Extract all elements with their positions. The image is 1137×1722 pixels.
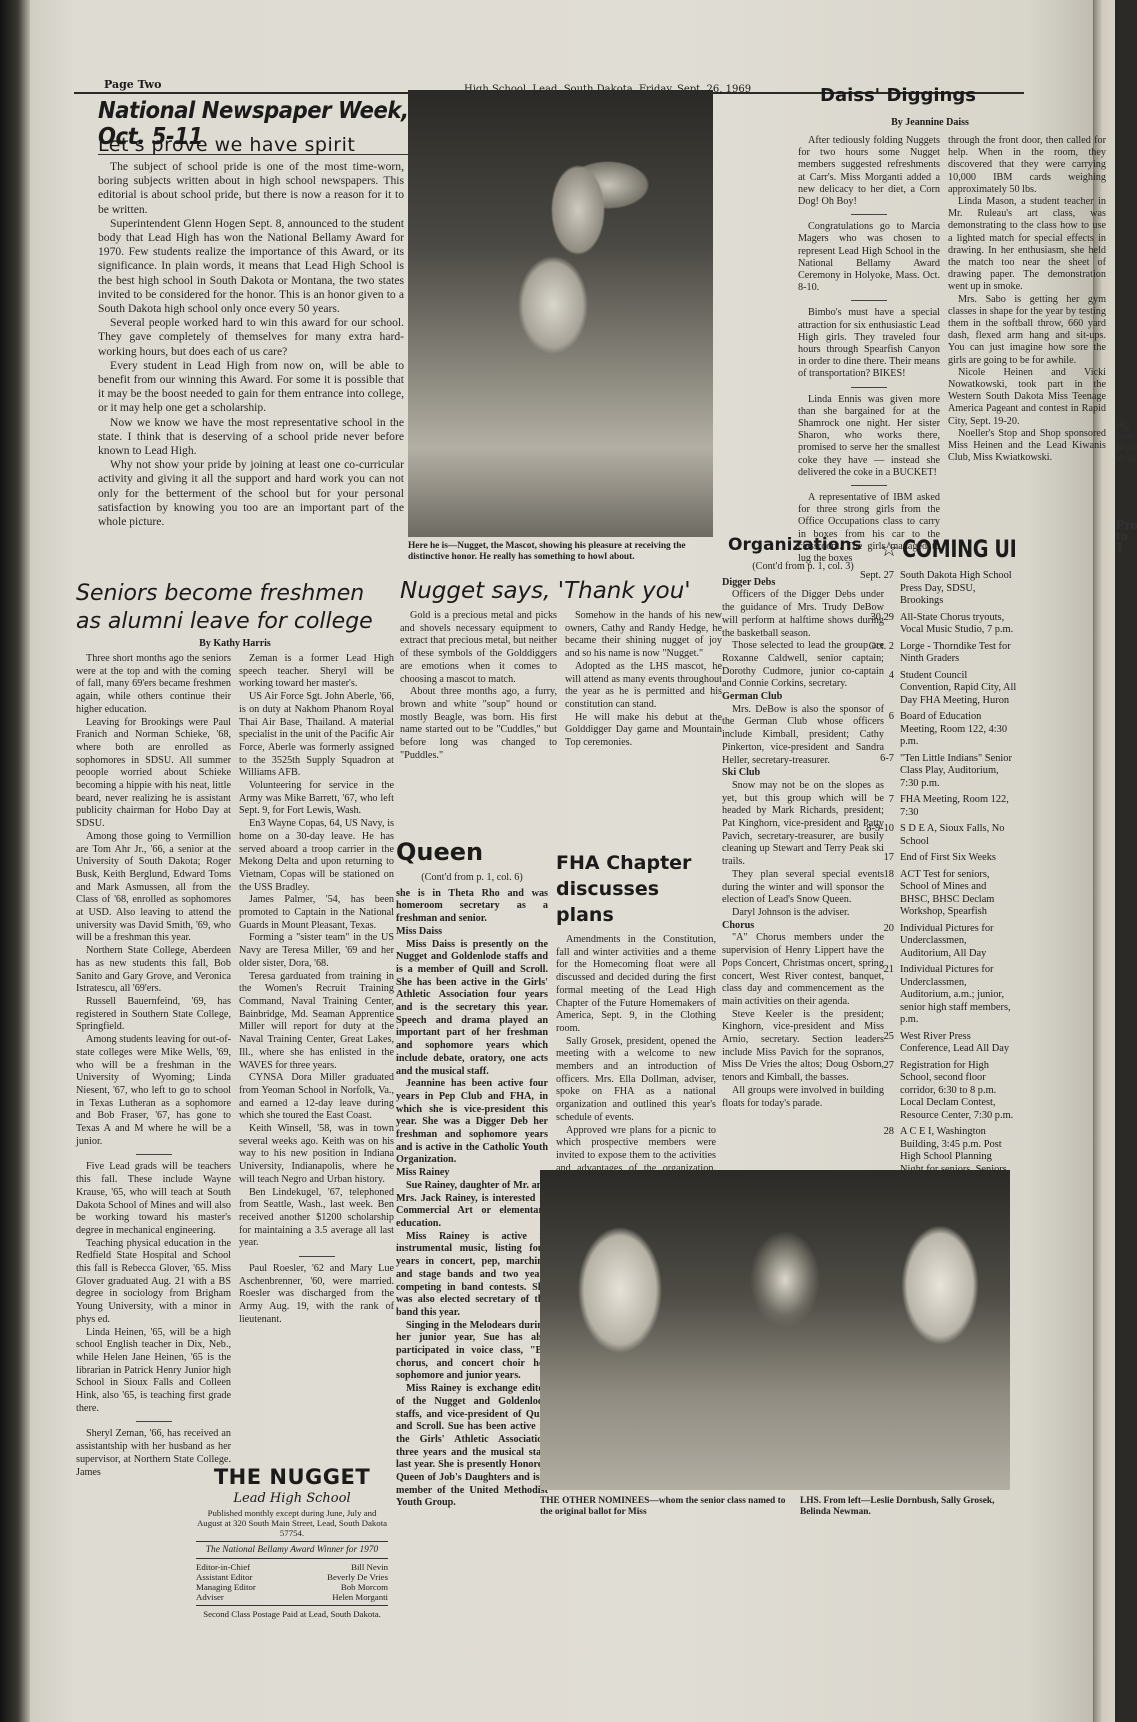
divider: [196, 1558, 388, 1559]
daiss-col-2: through the front door, then called for …: [948, 135, 1106, 515]
event-date: 18: [842, 869, 900, 919]
paragraph: Amendments in the Constitution, fall and…: [556, 934, 716, 1036]
coming-up-calendar: ☆ COMING UP: [880, 535, 1015, 569]
paragraph: The subject of school pride is one of th…: [98, 160, 404, 217]
editorial-article: Let's prove we have spirit The subject o…: [98, 134, 404, 529]
paragraph: En3 Wayne Copas, 64, US Navy, is home on…: [239, 818, 394, 894]
queen-headline: Queen: [396, 838, 548, 866]
divider: [136, 1421, 172, 1422]
paragraph: Miss Rainey is active in instrumental mu…: [396, 1231, 548, 1320]
event-text: Individual Pictures for Underclassmen, A…: [900, 964, 1017, 1027]
editorial-headline: Let's prove we have spirit: [98, 134, 404, 156]
masthead-school: Lead High School: [196, 1491, 388, 1506]
divider: [851, 387, 887, 388]
paragraph: Linda Ennis was given more than she barg…: [798, 394, 940, 479]
paragraph: Every student in Lead High from now on, …: [98, 359, 404, 416]
daiss-body: After tediously folding Nuggets for two …: [798, 135, 1108, 565]
event-text: All-State Chorus tryouts, Vocal Music St…: [900, 612, 1017, 637]
paragraph: Miss Rainey is exchange editor of the Nu…: [396, 1383, 548, 1510]
nugget-body: Gold is a precious metal and picks and s…: [400, 610, 722, 762]
event-date: 27: [842, 1060, 900, 1123]
event-row: 6-7"Ten Little Indians" Senior Class Pla…: [842, 753, 1017, 791]
paragraph: Linda Heinen, '65, will be a high school…: [76, 1327, 231, 1416]
paragraph: Now we know we have the most representat…: [98, 416, 404, 459]
paragraph: Linda Mason, a student teacher in Mr. Ru…: [948, 196, 1106, 294]
staff-role: Managing Editor: [196, 1582, 256, 1592]
paragraph: Volunteering for service in the Army was…: [239, 780, 394, 818]
event-date: 21: [842, 964, 900, 1027]
paragraph: Russell Bauernfeind, '69, has registered…: [76, 996, 231, 1034]
paragraph: Superintendent Glenn Hogen Sept. 8, anno…: [98, 217, 404, 316]
event-text: "Ten Little Indians" Senior Class Play, …: [900, 753, 1017, 791]
award-note: The National Bellamy Award Winner for 19…: [196, 1545, 388, 1555]
paragraph: Several people worked hard to win this a…: [98, 316, 404, 359]
paragraph: Three short months ago the seniors were …: [76, 653, 231, 717]
paragraph: Somehow in the hands of his new owners, …: [565, 610, 722, 661]
event-text: Lorge - Thorndike Test for Ninth Graders: [900, 641, 1017, 666]
paragraph: Sue Rainey, daughter of Mr. and Mrs. Jac…: [396, 1180, 548, 1231]
staff-row: AdviserHelen Morganti: [196, 1592, 388, 1602]
seniors-col-1: Three short months ago the seniors were …: [76, 653, 231, 1479]
daiss-byline: By Jeannine Daiss: [870, 117, 990, 128]
subhead: Miss Rainey: [396, 1167, 548, 1180]
event-date: 6: [842, 711, 900, 749]
subhead: Miss Daiss: [396, 926, 548, 939]
event-text: FHA Meeting, Room 122, 7:30: [900, 794, 1017, 819]
paragraph: Paul Roesler, '62 and Mary Lue Aschenbre…: [239, 1263, 394, 1327]
divider: [851, 485, 887, 486]
event-date: 6-7: [842, 753, 900, 791]
fragment: to 1: [1116, 531, 1137, 553]
event-row: 7FHA Meeting, Room 122, 7:30: [842, 794, 1017, 819]
paragraph: Leaving for Brookings were Paul Franich …: [76, 717, 231, 831]
seniors-byline: By Kathy Harris: [76, 638, 394, 649]
staff-name: Helen Morganti: [332, 1592, 388, 1602]
event-row: 18ACT Test for seniors, School of Mines …: [842, 869, 1017, 919]
event-date: 20: [842, 923, 900, 961]
paragraph: Teresa garduated from training in the Wo…: [239, 971, 394, 1073]
staff-role: Assistant Editor: [196, 1572, 252, 1582]
staff-role: Editor-in-Chief: [196, 1562, 250, 1572]
staff-row: Editor-in-ChiefBill Nevin: [196, 1562, 388, 1572]
event-row: 20Individual Pictures for Underclassmen,…: [842, 923, 1017, 961]
organizations-headline: Organizations: [728, 535, 884, 555]
paragraph: He will make his debut at the Golddigger…: [565, 712, 722, 750]
seniors-article: Seniors become freshmen as alumni leave …: [76, 580, 394, 1479]
event-date: 8-9-10: [842, 823, 900, 848]
paragraph: through the front door, then called for …: [948, 135, 1106, 196]
event-row: 30 29All-State Chorus tryouts, Vocal Mus…: [842, 612, 1017, 637]
paragraph: Singing in the Melodears during her juni…: [396, 1320, 548, 1384]
editorial-body: The subject of school pride is one of th…: [98, 160, 404, 529]
seniors-headline-1: Seniors become freshmen: [76, 580, 394, 608]
queen-body: she is in Theta Rho and was homeroom sec…: [396, 888, 548, 1510]
paragraph: Zeman is a former Lead High speech teach…: [239, 653, 394, 691]
divider: [196, 1605, 388, 1606]
paragraph: Noeller's Stop and Shop sponsored Miss H…: [948, 428, 1106, 465]
paragraph: Nicole Heinen and Vicki Nowatkowski, too…: [948, 367, 1106, 428]
fragment: ub-ze: [1116, 453, 1137, 464]
fha-headline-1: FHA Chapter: [556, 850, 716, 876]
daiss-headline-wrap: Daiss' Diggings: [795, 85, 1045, 106]
paragraph: Miss Daiss is presently on the Nugget an…: [396, 939, 548, 1079]
mascot-photo-caption: Here he is—Nugget, the Mascot, showing h…: [408, 541, 708, 563]
queen-article: Queen (Cont'd from p. 1, col. 6) she is …: [396, 838, 548, 1510]
event-text: Individual Pictures for Underclassmen, A…: [900, 923, 1017, 961]
nugget-col-2: Somehow in the hands of his new owners, …: [565, 610, 722, 762]
divider: [851, 300, 887, 301]
event-row: 8-9-10S D E A, Sioux Falls, No School: [842, 823, 1017, 848]
nominees-caption-left: THE OTHER NOMINEES—whom the senior class…: [540, 1496, 790, 1518]
masthead-name: THE NUGGET: [196, 1465, 388, 1489]
event-text: Board of Education Meeting, Room 122, 4:…: [900, 711, 1017, 749]
event-text: ACT Test for seniors, School of Mines an…: [900, 869, 1017, 919]
nominees-photo: [540, 1170, 1010, 1490]
paragraph: Jeannine has been active four years in P…: [396, 1078, 548, 1167]
event-row: 21Individual Pictures for Underclassmen,…: [842, 964, 1017, 1027]
coming-up-headline: COMING UP: [902, 535, 1015, 563]
event-date: 17: [842, 852, 900, 865]
staff-name: Beverly De Vries: [327, 1572, 388, 1582]
masthead: THE NUGGET Lead High School Published mo…: [196, 1465, 388, 1619]
paragraph: After tediously folding Nuggets for two …: [798, 135, 940, 208]
paragraph: she is in Theta Rho and was homeroom sec…: [396, 888, 548, 926]
fragment: Hig: [1116, 420, 1137, 431]
daiss-col-1: After tediously folding Nuggets for two …: [798, 135, 940, 565]
event-text: End of First Six Weeks: [900, 852, 1017, 865]
fragment: Bryant: [1116, 442, 1137, 453]
event-text: Student Council Convention, Rapid City, …: [900, 670, 1017, 708]
nugget-headline: Nugget says, 'Thank you': [400, 576, 722, 606]
staff-row: Managing EditorBob Morcom: [196, 1582, 388, 1592]
paragraph: Bimbo's must have a special attraction f…: [798, 307, 940, 380]
staff-row: Assistant EditorBeverly De Vries: [196, 1572, 388, 1582]
staff-name: Bob Morcom: [341, 1582, 388, 1592]
paragraph: Sally Grosek, president, opened the meet…: [556, 1036, 716, 1125]
divider: [851, 214, 887, 215]
paragraph: Five Lead grads will be teachers this fa…: [76, 1161, 231, 1237]
event-date: 25: [842, 1031, 900, 1056]
event-text: S D E A, Sioux Falls, No School: [900, 823, 1017, 848]
divider: [196, 1541, 388, 1542]
event-date: 30 29: [842, 612, 900, 637]
fha-headline-2: discusses plans: [556, 876, 716, 928]
paragraph: Congratulations go to Marcia Magers who …: [798, 221, 940, 294]
book-binding: [0, 0, 30, 1722]
publication-info: Published monthly except during June, Ju…: [196, 1508, 388, 1538]
event-text: South Dakota High School Press Day, SDSU…: [900, 570, 1017, 608]
event-row: 27Registration for High School, second f…: [842, 1060, 1017, 1123]
event-row: 25West River Press Conference, Lead All …: [842, 1031, 1017, 1056]
paragraph: Mrs. Sabo is getting her gym classes in …: [948, 294, 1106, 367]
event-text: West River Press Conference, Lead All Da…: [900, 1031, 1017, 1056]
paragraph: Keith Winsell, '58, was in town several …: [239, 1123, 394, 1187]
event-row: 6Board of Education Meeting, Room 122, 4…: [842, 711, 1017, 749]
seniors-col-2: Zeman is a former Lead High speech teach…: [239, 653, 394, 1479]
paragraph: Teaching physical education in the Redfi…: [76, 1238, 231, 1327]
event-row: Oct. 2Lorge - Thorndike Test for Ninth G…: [842, 641, 1017, 666]
event-text: Registration for High School, second flo…: [900, 1060, 1017, 1123]
event-row: 4Student Council Convention, Rapid City,…: [842, 670, 1017, 708]
nugget-article: Nugget says, 'Thank you' Gold is a preci…: [400, 576, 722, 762]
divider: [299, 1256, 335, 1257]
paragraph: CYNSA Dora Miller graduated from Yeoman …: [239, 1072, 394, 1123]
daiss-headline: Daiss' Diggings: [820, 85, 1045, 106]
event-row: 17End of First Six Weeks: [842, 852, 1017, 865]
paragraph: Ben Lindekugel, '67, telephoned from Sea…: [239, 1187, 394, 1251]
divider: [136, 1154, 172, 1155]
event-date: Oct. 2: [842, 641, 900, 666]
staff-role: Adviser: [196, 1592, 224, 1602]
paragraph: About three months ago, a furry, brown a…: [400, 686, 557, 762]
paragraph: Northern State College, Aberdeen has as …: [76, 945, 231, 996]
paragraph: Among those going to Vermillion are Tom …: [76, 831, 231, 945]
coming-up-events: Sept. 27South Dakota High School Press D…: [842, 570, 1017, 1210]
fragment: State: [1116, 431, 1137, 442]
seniors-body: Three short months ago the seniors were …: [76, 653, 394, 1479]
paragraph: Why not show your pride by joining at le…: [98, 458, 404, 529]
coming-up-header: ☆ COMING UP: [880, 535, 1015, 563]
event-date: 7: [842, 794, 900, 819]
postage-note: Second Class Postage Paid at Lead, South…: [196, 1609, 388, 1619]
event-row: Sept. 27South Dakota High School Press D…: [842, 570, 1017, 608]
star-outline-icon: ☆: [880, 539, 898, 559]
paragraph: James Palmer, '54, has been promoted to …: [239, 894, 394, 932]
seniors-headline-2: as alumni leave for college: [76, 608, 394, 636]
event-date: Sept. 27: [842, 570, 900, 608]
page-number: Page Two: [104, 78, 161, 91]
paragraph: Among students leaving for out-of-state …: [76, 1034, 231, 1148]
adjacent-page-fragments-top: Hig State Bryant ub-ze: [1116, 420, 1137, 464]
staff-name: Bill Nevin: [351, 1562, 388, 1572]
paragraph: US Air Force Sgt. John Aberle, '66, is o…: [239, 691, 394, 780]
paragraph: Forming a "sister team" in the US Navy a…: [239, 932, 394, 970]
mascot-photo: [408, 90, 713, 537]
nugget-col-1: Gold is a precious metal and picks and s…: [400, 610, 557, 762]
paragraph: Adopted as the LHS mascot, he will atten…: [565, 661, 722, 712]
adjacent-page-fragments: Pro to 1: [1116, 520, 1137, 553]
nominees-caption-right: LHS. From left—Leslie Dornbush, Sally Gr…: [800, 1496, 1010, 1518]
paragraph: Gold is a precious metal and picks and s…: [400, 610, 557, 686]
queen-contd: (Cont'd from p. 1, col. 6): [396, 872, 548, 885]
event-date: 4: [842, 670, 900, 708]
